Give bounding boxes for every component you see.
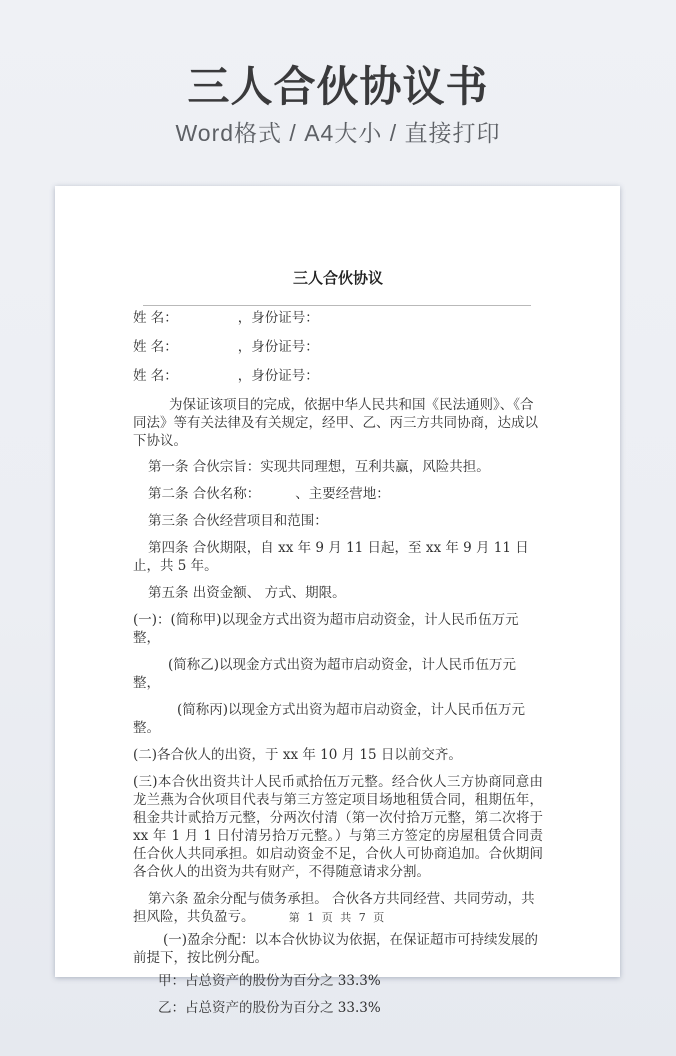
article-5-item-2: (二)各合伙人的出资，于 xx 年 10 月 15 日以前交齐。 — [133, 746, 543, 764]
id-label: ，身份证号： — [238, 339, 319, 355]
article-5-item-1b: (简称乙)以现金方式出资为超市启动资金，计人民币伍万元整， — [133, 656, 543, 692]
name-label: 姓 名： — [133, 310, 178, 326]
article-3: 第三条 合伙经营项目和范围： — [133, 512, 543, 530]
divider — [143, 305, 531, 306]
name-label: 姓 名： — [133, 339, 178, 355]
template-preview: 三人合伙协议书 Word格式 / A4大小 / 直接打印 三人合伙协议 姓 名：… — [0, 0, 676, 1056]
article-1: 第一条 合伙宗旨：实现共同理想，互利共赢，风险共担。 — [133, 458, 543, 476]
document-title: 三人合伙协议 — [133, 268, 543, 288]
article-2-label: 第二条 合伙名称： — [148, 486, 260, 502]
id-label: ，身份证号： — [238, 368, 319, 384]
article-2: 第二条 合伙名称：、主要经营地： — [133, 485, 543, 503]
header-title: 三人合伙协议书 — [0, 64, 676, 110]
article-5-item-1c: (简称丙)以现金方式出资为超市启动资金，计人民币伍万元整。 — [133, 701, 543, 737]
header: 三人合伙协议书 Word格式 / A4大小 / 直接打印 — [0, 0, 676, 146]
document-page: 三人合伙协议 姓 名：，身份证号： 姓 名：，身份证号： 姓 名：，身份证号： … — [55, 186, 620, 977]
header-subtitle: Word格式 / A4大小 / 直接打印 — [0, 120, 676, 146]
article-6-item-1: (一)盈余分配：以本合伙协议为依据，在保证超市可持续发展的前提下，按比例分配。 — [133, 931, 543, 967]
intro-paragraph: 为保证该项目的完成，依据中华人民共和国《民法通则》、《合同法》等有关法律及有关规… — [133, 396, 543, 450]
party-row-1: 姓 名：，身份证号： — [133, 309, 543, 327]
share-row-a: 甲：占总资产的股份为百分之 33.3% — [133, 972, 543, 990]
article-2-location: 、主要经营地： — [295, 486, 390, 502]
share-row-b: 乙：占总资产的股份为百分之 33.3% — [133, 999, 543, 1017]
article-5-item-1: (一)：(简称甲)以现金方式出资为超市启动资金，计人民币伍万元整， — [133, 611, 543, 647]
party-row-3: 姓 名：，身份证号： — [133, 367, 543, 385]
name-label: 姓 名： — [133, 368, 178, 384]
id-label: ，身份证号： — [238, 310, 319, 326]
article-5-item-3: (三)本合伙出资共计人民币贰拾伍万元整。经合伙人三方协商同意由龙兰燕为合伙项目代… — [133, 773, 543, 881]
page-footer: 第 1 页 共 7 页 — [55, 909, 620, 925]
party-row-2: 姓 名：，身份证号： — [133, 338, 543, 356]
article-4: 第四条 合伙期限，自 xx 年 9 月 11 日起，至 xx 年 9 月 11 … — [133, 539, 543, 575]
article-5: 第五条 出资金额、 方式、期限。 — [133, 584, 543, 602]
